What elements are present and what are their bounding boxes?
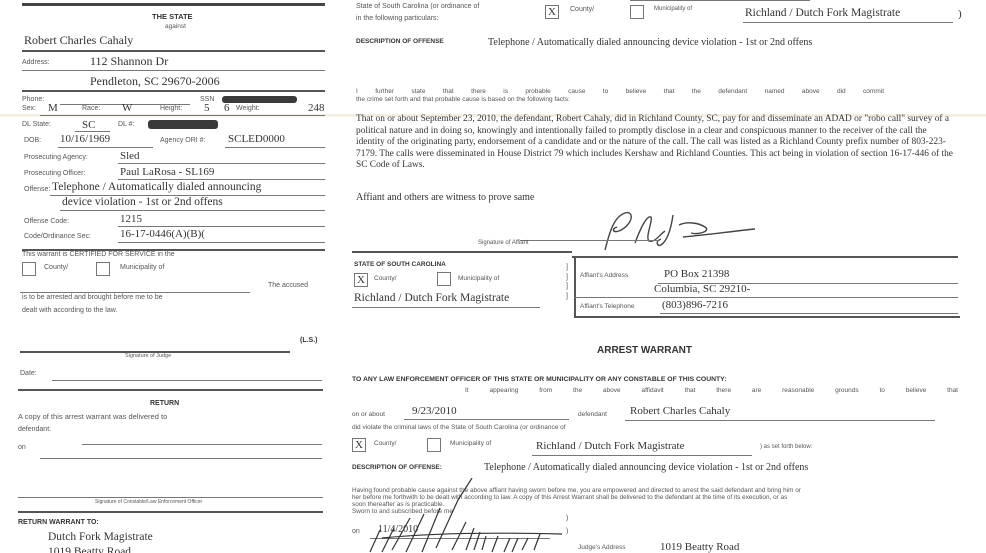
height-ft: 5 (204, 102, 210, 114)
return-text: A copy of this arrest warrant was delive… (18, 412, 167, 421)
sex-value: M (48, 102, 58, 114)
sig-judge-label: Signature of Judge (125, 353, 171, 359)
rule (18, 389, 323, 391)
affidavit-municipality-checkbox[interactable] (630, 5, 644, 19)
warrant-defendant-label: defendant (578, 411, 607, 418)
rule (660, 313, 958, 314)
rule (40, 115, 325, 116)
municipality-checkbox[interactable] (96, 262, 110, 276)
prosecuting-agency-value: Sled (120, 150, 140, 162)
warrant-municipality-label: Municipality of (450, 440, 491, 447)
rule (404, 419, 569, 420)
rule (20, 292, 250, 293)
appearing-line: It appearing from the above affidavit th… (465, 387, 958, 394)
municipality-label: Municipality of (120, 264, 164, 271)
prosecuting-agency-label: Prosecuting Agency: (24, 154, 88, 161)
dl-state-value: SC (82, 119, 95, 131)
probable-cause-line2: the crime set forth and that probable ca… (356, 96, 570, 103)
code-section-label: Code/Ordinance Sec: (24, 233, 91, 240)
address-line2: Pendleton, SC 29670-2006 (90, 74, 220, 89)
affidavit-municipality-label: Municipality of (654, 6, 692, 12)
rule (574, 297, 958, 298)
dl-state-label: DL State: (22, 121, 51, 128)
sex-label: Sex: (22, 105, 36, 112)
agency-ori-value: SCLED0000 (228, 133, 285, 145)
rule (743, 22, 953, 23)
judge-address: 1019 Beatty Road (660, 541, 739, 553)
warrant-county-label: County/ (374, 440, 396, 447)
rule (118, 242, 325, 243)
state-title: THE STATE (152, 12, 193, 21)
rule (630, 0, 810, 1)
law-text: dealt with according to the law. (22, 307, 117, 314)
return-to-line2: 1019 Beatty Road (48, 546, 131, 553)
on-label: on (18, 444, 26, 451)
dob-value: 10/16/1969 (60, 133, 110, 145)
state-municipality-label: Municipality of (458, 275, 499, 282)
county-checkbox[interactable] (22, 262, 36, 276)
dl-num-redacted (148, 120, 218, 129)
rule (18, 511, 323, 513)
ssn-redacted (222, 96, 297, 103)
affidavit-top-line: State of South Carolina (or ordinance of (356, 3, 479, 10)
race-label: Race: (82, 105, 100, 112)
judge-signature (362, 478, 577, 553)
sig-officer-label: Signature of Constable/Law Enforcement O… (95, 499, 202, 505)
prosecuting-officer-label: Prosecuting Officer: (24, 170, 85, 177)
affiant-phone-label: Affiant's Telephone (580, 303, 635, 310)
rule (352, 251, 572, 253)
affiant-address-2: Columbia, SC 29210- (654, 283, 750, 295)
race-value: W (122, 102, 132, 114)
affiant-address-1: PO Box 21398 (664, 268, 729, 280)
height-label: Height: (160, 105, 182, 112)
paren-close: ) (958, 8, 962, 20)
warrant-desc-value: Telephone / Automatically dialed announc… (484, 462, 808, 473)
affidavit-county-label: County/ (570, 6, 594, 13)
violate-text: did violate the criminal laws of the Sta… (352, 424, 566, 431)
state-county-checkbox[interactable]: X (354, 273, 368, 287)
warrant-title: ARREST WARRANT (597, 345, 692, 356)
agency-ori-label: Agency ORI #: (160, 137, 206, 144)
top-rule (22, 3, 325, 6)
rule (520, 240, 660, 241)
weight-label: Weight: (236, 105, 260, 112)
sig-affiant-label: Signature of Affiant (478, 240, 529, 246)
code-section-value: 16-17-0446(A)(B)( (120, 228, 205, 240)
date-line (52, 380, 322, 381)
dob-label: DOB: (24, 137, 41, 144)
rule (22, 50, 325, 52)
arrest-text: is to be arrested and brought before me … (22, 294, 162, 301)
set-forth-text: ) as set forth below: (760, 444, 812, 450)
probable-cause-text: I further state that there is probable c… (356, 88, 884, 95)
facts-paragraph: That on or about September 23, 2010, the… (356, 114, 956, 172)
rule (118, 163, 325, 164)
ls-label: (L.S.) (300, 337, 318, 344)
prosecuting-officer-value: Paul LaRosa - SL169 (120, 166, 214, 178)
offense-label: Offense: (24, 186, 50, 193)
rule (532, 455, 752, 456)
rule (352, 307, 540, 308)
date-label: Date: (20, 370, 37, 377)
sworn-on-label: on (352, 528, 360, 535)
warrant-date: 9/23/2010 (412, 405, 457, 417)
judge-address-label: Judge's Address (578, 544, 626, 551)
offense-code-label: Offense Code: (24, 218, 69, 225)
state-jurisdiction: Richland / Dutch Fork Magistrate (354, 292, 509, 304)
return-to-line1: Dutch Fork Magistrate (48, 531, 153, 543)
warrant-municipality-checkbox[interactable] (427, 438, 441, 452)
defendant-label: defendant: (18, 426, 51, 433)
county-label: County/ (44, 264, 68, 271)
defendant-name: Robert Charles Cahaly (24, 33, 133, 48)
rule (625, 420, 935, 421)
affiant-address-label: Affiant's Address (580, 272, 628, 279)
affiant-phone: (803)896-7216 (662, 299, 728, 311)
address-label: Address: (22, 59, 50, 66)
rule (58, 147, 153, 148)
return-title: RETURN (150, 400, 179, 407)
against-label: against (165, 23, 186, 30)
rule (22, 90, 325, 92)
rule (22, 70, 325, 71)
witness-text: Affiant and others are witness to prove … (356, 192, 534, 203)
affidavit-jurisdiction: Richland / Dutch Fork Magistrate (745, 7, 900, 19)
officer-signature-line (18, 497, 323, 498)
appearing-text: It appearing from the above affidavit th… (465, 387, 958, 394)
address-line1: 112 Shannon Dr (90, 54, 168, 69)
defendant-line (82, 444, 322, 445)
accused-text: The accused (268, 282, 308, 289)
weight-value: 248 (308, 102, 325, 114)
rule (118, 179, 325, 180)
bracket-column: ]]]] (566, 263, 568, 301)
warrant-defendant: Robert Charles Cahaly (630, 405, 730, 417)
affidavit-desc-value: Telephone / Automatically dialed announc… (488, 37, 812, 48)
return-to-label: RETURN WARRANT TO: (18, 519, 99, 526)
on-or-about-label: on or about (352, 411, 385, 418)
affidavit-desc-label: DESCRIPTION OF OFFENSE (356, 38, 444, 45)
affidavit-top-line2: in the following particulars: (356, 15, 439, 22)
affidavit-county-checkbox[interactable]: X (545, 5, 559, 19)
rule (225, 147, 325, 148)
warrant-jurisdiction: Richland / Dutch Fork Magistrate (536, 440, 684, 452)
on-line (40, 458, 322, 459)
certified-text: This warrant is CERTIFIED FOR SERVICE in… (22, 251, 175, 258)
height-in: 6 (224, 102, 230, 114)
rule (118, 226, 325, 227)
affiant-signature (595, 205, 765, 255)
state-label: STATE OF SOUTH CAROLINA (354, 261, 446, 268)
warrant-to-line: TO ANY LAW ENFORCEMENT OFFICER OF THIS S… (352, 376, 726, 383)
rule (75, 131, 110, 132)
phone-label: Phone: (22, 96, 44, 103)
state-municipality-checkbox[interactable] (437, 272, 451, 286)
state-county-label: County/ (374, 275, 396, 282)
probable-cause-line1: I further state that there is probable c… (356, 88, 884, 95)
rule (60, 210, 325, 211)
warrant-county-checkbox[interactable]: X (352, 438, 366, 452)
offense-line2: device violation - 1st or 2nd offens (62, 196, 223, 208)
offense-line1: Telephone / Automatically dialed announc… (52, 181, 261, 193)
offense-code-value: 1215 (120, 213, 142, 225)
dl-num-label: DL #: (118, 121, 134, 128)
warrant-desc-label: DESCRIPTION OF OFFENSE: (352, 464, 442, 471)
